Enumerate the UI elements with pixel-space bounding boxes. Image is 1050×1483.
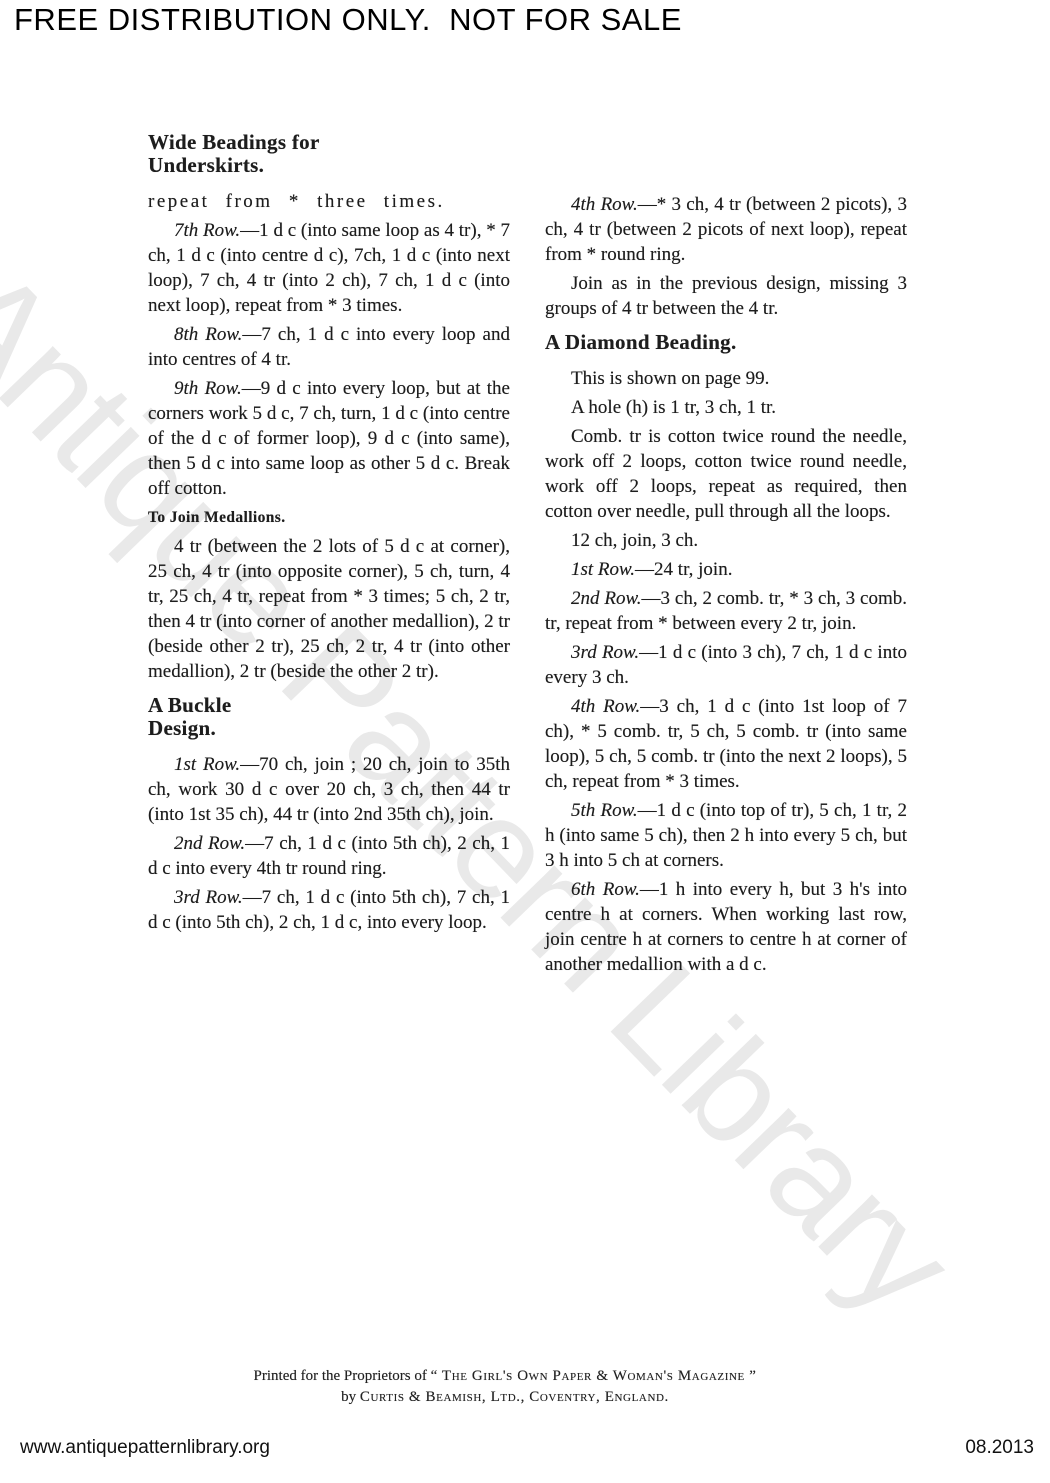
imprint-magazine-title: “ The Girl's Own Paper & Woman's Magazin… <box>431 1368 757 1384</box>
pattern-paragraph: 7th Row.—1 d c (into same loop as 4 tr),… <box>148 218 510 318</box>
section-heading: Wide Beadings forUnderskirts. <box>148 131 510 177</box>
pattern-paragraph: This is shown on page 99. <box>545 366 907 391</box>
imprint-line-2: by Curtis & Beamish, Ltd., Coventry, Eng… <box>140 1387 870 1408</box>
section-heading: A BuckleDesign. <box>148 694 510 740</box>
section-heading-line: A Buckle <box>148 694 510 717</box>
section-heading: A Diamond Beading. <box>545 331 907 354</box>
pattern-paragraph: Join as in the previous design, missing … <box>545 271 907 321</box>
row-label: 6th Row. <box>571 879 640 900</box>
row-label: 4th Row. <box>571 194 638 215</box>
pattern-paragraph: 1st Row.—24 tr, join. <box>545 557 907 582</box>
row-label: 9th Row. <box>174 378 242 399</box>
row-label: 1st Row. <box>571 559 635 580</box>
row-label: 7th Row. <box>174 220 240 241</box>
pattern-paragraph: A hole (h) is 1 tr, 3 ch, 1 tr. <box>545 395 907 420</box>
pattern-paragraph: 4th Row.—* 3 ch, 4 tr (between 2 picots)… <box>545 192 907 267</box>
pattern-paragraph: 5th Row.—1 d c (into top of tr), 5 ch, 1… <box>545 798 907 873</box>
imprint-prefix: Printed for the Proprietors of <box>254 1368 431 1384</box>
pattern-paragraph: repeat from * three times. <box>148 189 510 214</box>
pattern-paragraph: 12 ch, join, 3 ch. <box>545 528 907 553</box>
pattern-paragraph: Comb. tr is cotton twice round the needl… <box>545 424 907 524</box>
row-label: 2nd Row. <box>174 833 245 854</box>
section-heading-line: Underskirts. <box>148 154 510 177</box>
imprint-publisher: Curtis & Beamish, Ltd., Coventry, Englan… <box>360 1389 669 1405</box>
printer-imprint: Printed for the Proprietors of “ The Gir… <box>140 1366 870 1408</box>
pattern-paragraph: 3rd Row.—7 ch, 1 d c (into 5th ch), 7 ch… <box>148 885 510 935</box>
pattern-paragraph: 3rd Row.—1 d c (into 3 ch), 7 ch, 1 d c … <box>545 640 907 690</box>
row-label: 2nd Row. <box>571 588 642 609</box>
right-text-column: 4th Row.—* 3 ch, 4 tr (between 2 picots)… <box>545 192 907 981</box>
row-label: 3rd Row. <box>174 887 243 908</box>
pattern-paragraph: 2nd Row.—7 ch, 1 d c (into 5th ch), 2 ch… <box>148 831 510 881</box>
pattern-paragraph: 4 tr (between the 2 lots of 5 d c at cor… <box>148 534 510 684</box>
scanned-document-page: FREE DISTRIBUTION ONLY. NOT FOR SALE Ant… <box>0 0 1050 1483</box>
section-heading: To Join Medallions. <box>148 509 510 527</box>
row-label: 5th Row. <box>571 800 638 821</box>
pattern-paragraph: 4th Row.—3 ch, 1 d c (into 1st loop of 7… <box>545 694 907 794</box>
footer-website-url: www.antiquepatternlibrary.org <box>20 1437 270 1459</box>
pattern-paragraph: 6th Row.—1 h into every h, but 3 h's int… <box>545 877 907 977</box>
section-heading-line: Wide Beadings for <box>148 131 510 154</box>
row-label: 1st Row. <box>174 754 240 775</box>
pattern-paragraph: 9th Row.—9 d c into every loop, but at t… <box>148 376 510 501</box>
pattern-paragraph: 2nd Row.—3 ch, 2 comb. tr, * 3 ch, 3 com… <box>545 586 907 636</box>
distribution-notice: FREE DISTRIBUTION ONLY. NOT FOR SALE <box>14 2 682 38</box>
left-text-column: Wide Beadings forUnderskirts.repeat from… <box>148 131 510 939</box>
row-label: 4th Row. <box>571 696 640 717</box>
footer-date: 08.2013 <box>965 1437 1034 1459</box>
imprint-line-1: Printed for the Proprietors of “ The Gir… <box>140 1366 870 1387</box>
section-heading-line: Design. <box>148 717 510 740</box>
section-heading-line: To Join Medallions. <box>148 509 510 527</box>
section-heading-line: A Diamond Beading. <box>545 331 907 354</box>
row-label: 8th Row. <box>174 324 242 345</box>
imprint-by: by <box>341 1389 360 1405</box>
pattern-paragraph: 8th Row.—7 ch, 1 d c into every loop and… <box>148 322 510 372</box>
pattern-paragraph: 1st Row.—70 ch, join ; 20 ch, join to 35… <box>148 752 510 827</box>
row-label: 3rd Row. <box>571 642 639 663</box>
